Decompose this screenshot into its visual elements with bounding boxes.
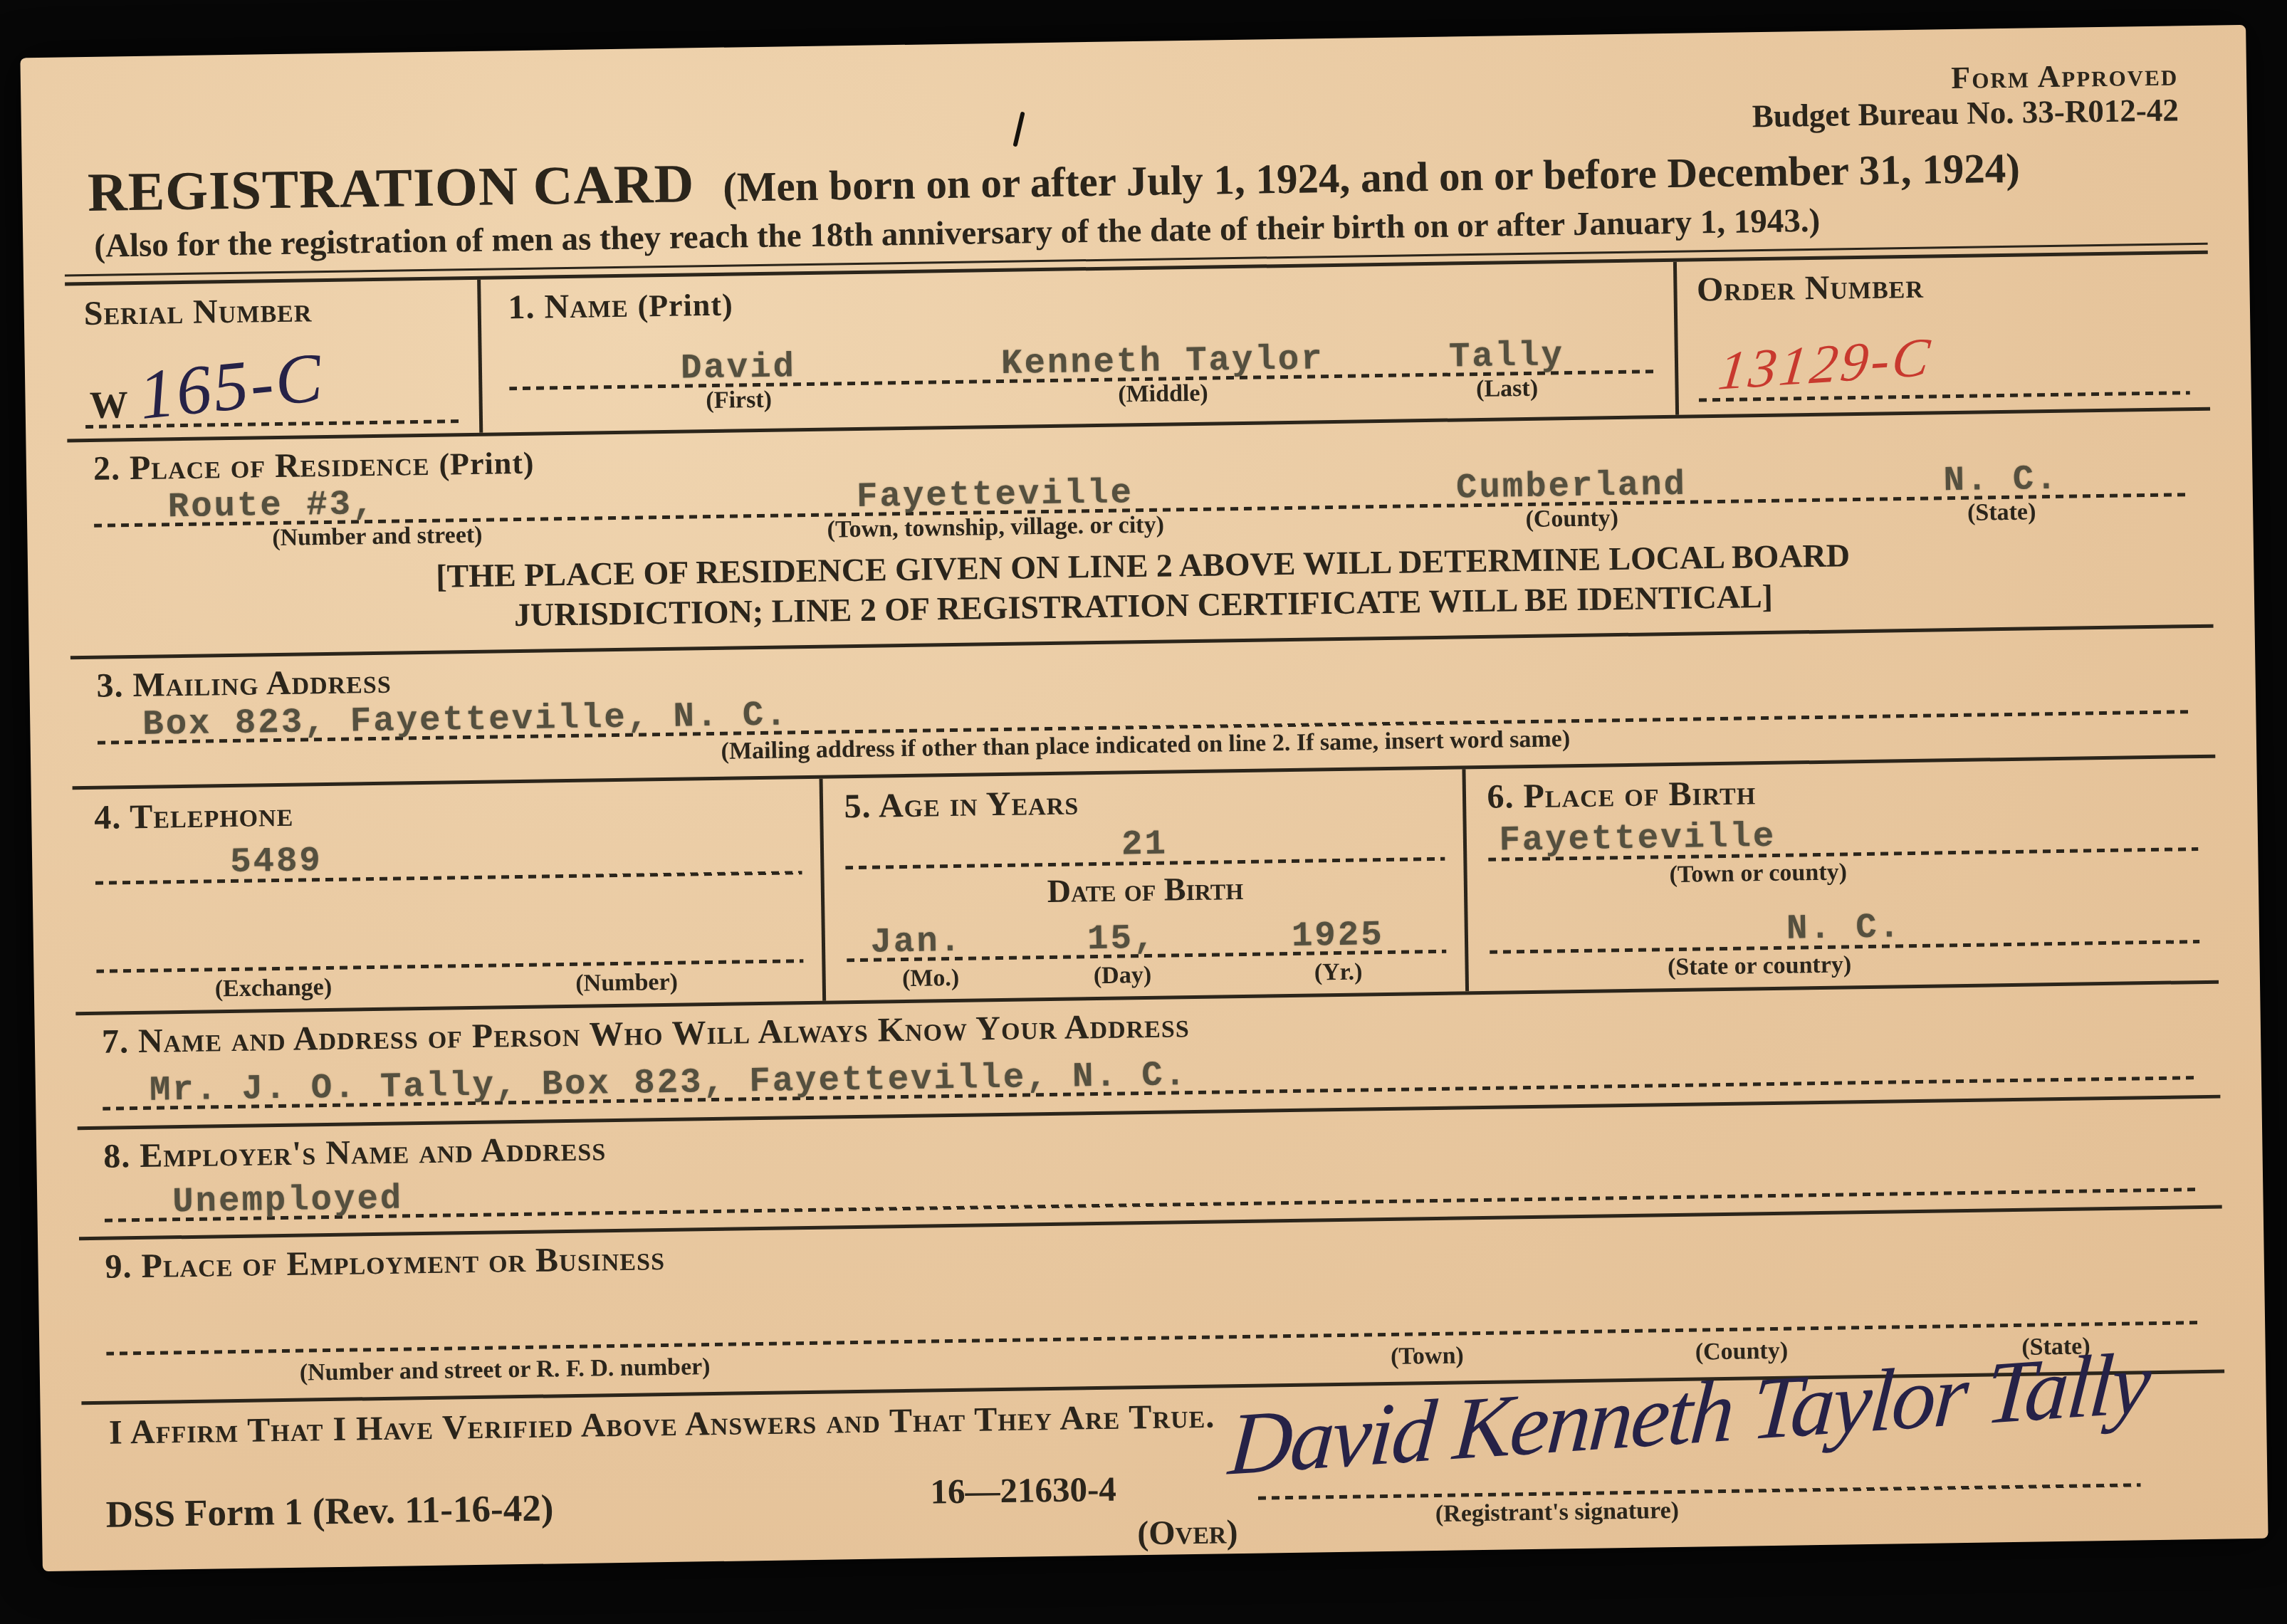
form-grid: Serial Number W 165-C 1. Name (Print) Da… (65, 253, 2224, 1405)
residence-town-value: Fayetteville (857, 473, 1134, 517)
state-sublabel: (State) (1813, 496, 2190, 529)
middle-sublabel: (Middle) (968, 377, 1358, 410)
print-code: 16—21630-4 (930, 1469, 1116, 1512)
birthplace-state-value: N. C. (1786, 907, 1903, 948)
row-serial-name-order: Serial Number W 165-C 1. Name (Print) Da… (65, 253, 2210, 442)
name-first-value: David (681, 347, 797, 388)
birthplace-label: 6. Place of Birth (1487, 767, 2197, 817)
registration-card: Form Approved Budget Bureau No. 33-R012-… (20, 25, 2268, 1571)
residence-street-value: Route #3, (167, 484, 375, 527)
name-label: 1. Name (Print) (508, 271, 1655, 327)
dob-month-value: Jan. (870, 921, 963, 963)
number-sublabel: (Number) (450, 967, 804, 999)
month-sublabel: (Mo.) (847, 964, 1015, 993)
serial-number-section: Serial Number W 165-C (65, 279, 483, 439)
name-middle-value: Kenneth Taylor (1001, 339, 1324, 384)
year-sublabel: (Yr.) (1230, 958, 1447, 988)
age-section: 5. Age in Years 21 Date of Birth Jan. 15… (822, 769, 1469, 1000)
name-section: 1. Name (Print) David Kenneth Taylor Tal… (481, 261, 1679, 432)
serial-number-label: Serial Number (83, 288, 462, 333)
row-telephone-age-birth: 4. Telephone 5489 (Exchange) (Number) 5.… (73, 758, 2219, 1016)
rfd-sublabel: (Number and street or R. F. D. number) (300, 1353, 711, 1387)
telephone-value: 5489 (230, 841, 323, 882)
signature-dash-line (1258, 1483, 2141, 1499)
date-of-birth-entry: Jan. 15, 1925 (846, 914, 1446, 958)
serial-prefix: W (89, 382, 128, 427)
name-last-value: Tally (1449, 335, 1565, 377)
birthplace-section: 6. Place of Birth Fayetteville (Town or … (1465, 758, 2219, 992)
dob-day-value: 15, (1087, 918, 1157, 959)
exchange-sublabel: (Exchange) (97, 972, 451, 1004)
card-title: REGISTRATION CARD (88, 152, 695, 224)
first-sublabel: (First) (509, 383, 968, 417)
residence-state-value: N. C. (1943, 459, 2059, 501)
age-value: 21 (1121, 824, 1168, 864)
dob-year-value: 1925 (1292, 915, 1384, 956)
residence-section: 2. Place of Residence (Print) Route #3, … (67, 410, 2213, 659)
age-label: 5. Age in Years (844, 778, 1444, 826)
form-id: DSS Form 1 (Rev. 11-16-42) (105, 1487, 553, 1536)
footer: DSS Form 1 (Rev. 11-16-42) 16—21630-4 (O… (82, 1420, 2227, 1598)
date-of-birth-label: Date of Birth (845, 861, 1445, 913)
order-number-value: 13129-C (1715, 325, 1935, 402)
order-number-section: Order Number 13129-C (1676, 253, 2210, 414)
day-sublabel: (Day) (1015, 960, 1231, 990)
serial-number-entry: W 165-C (84, 332, 464, 429)
employer-value: Unemployed (172, 1178, 404, 1222)
order-number-label: Order Number (1697, 263, 2189, 309)
over-label: (Over) (1137, 1512, 1238, 1553)
emp-town-sublabel: (Town) (1391, 1342, 1464, 1371)
serial-number-value: 165-C (135, 337, 328, 436)
telephone-section: 4. Telephone 5489 (Exchange) (Number) (73, 779, 826, 1012)
last-sublabel: (Last) (1358, 373, 1656, 404)
telephone-label: 4. Telephone (94, 787, 801, 837)
residence-county-value: Cumberland (1456, 464, 1687, 508)
signature-sublabel: (Registrant's signature) (1435, 1497, 1680, 1528)
order-number-entry: 13129-C (1697, 309, 2190, 402)
